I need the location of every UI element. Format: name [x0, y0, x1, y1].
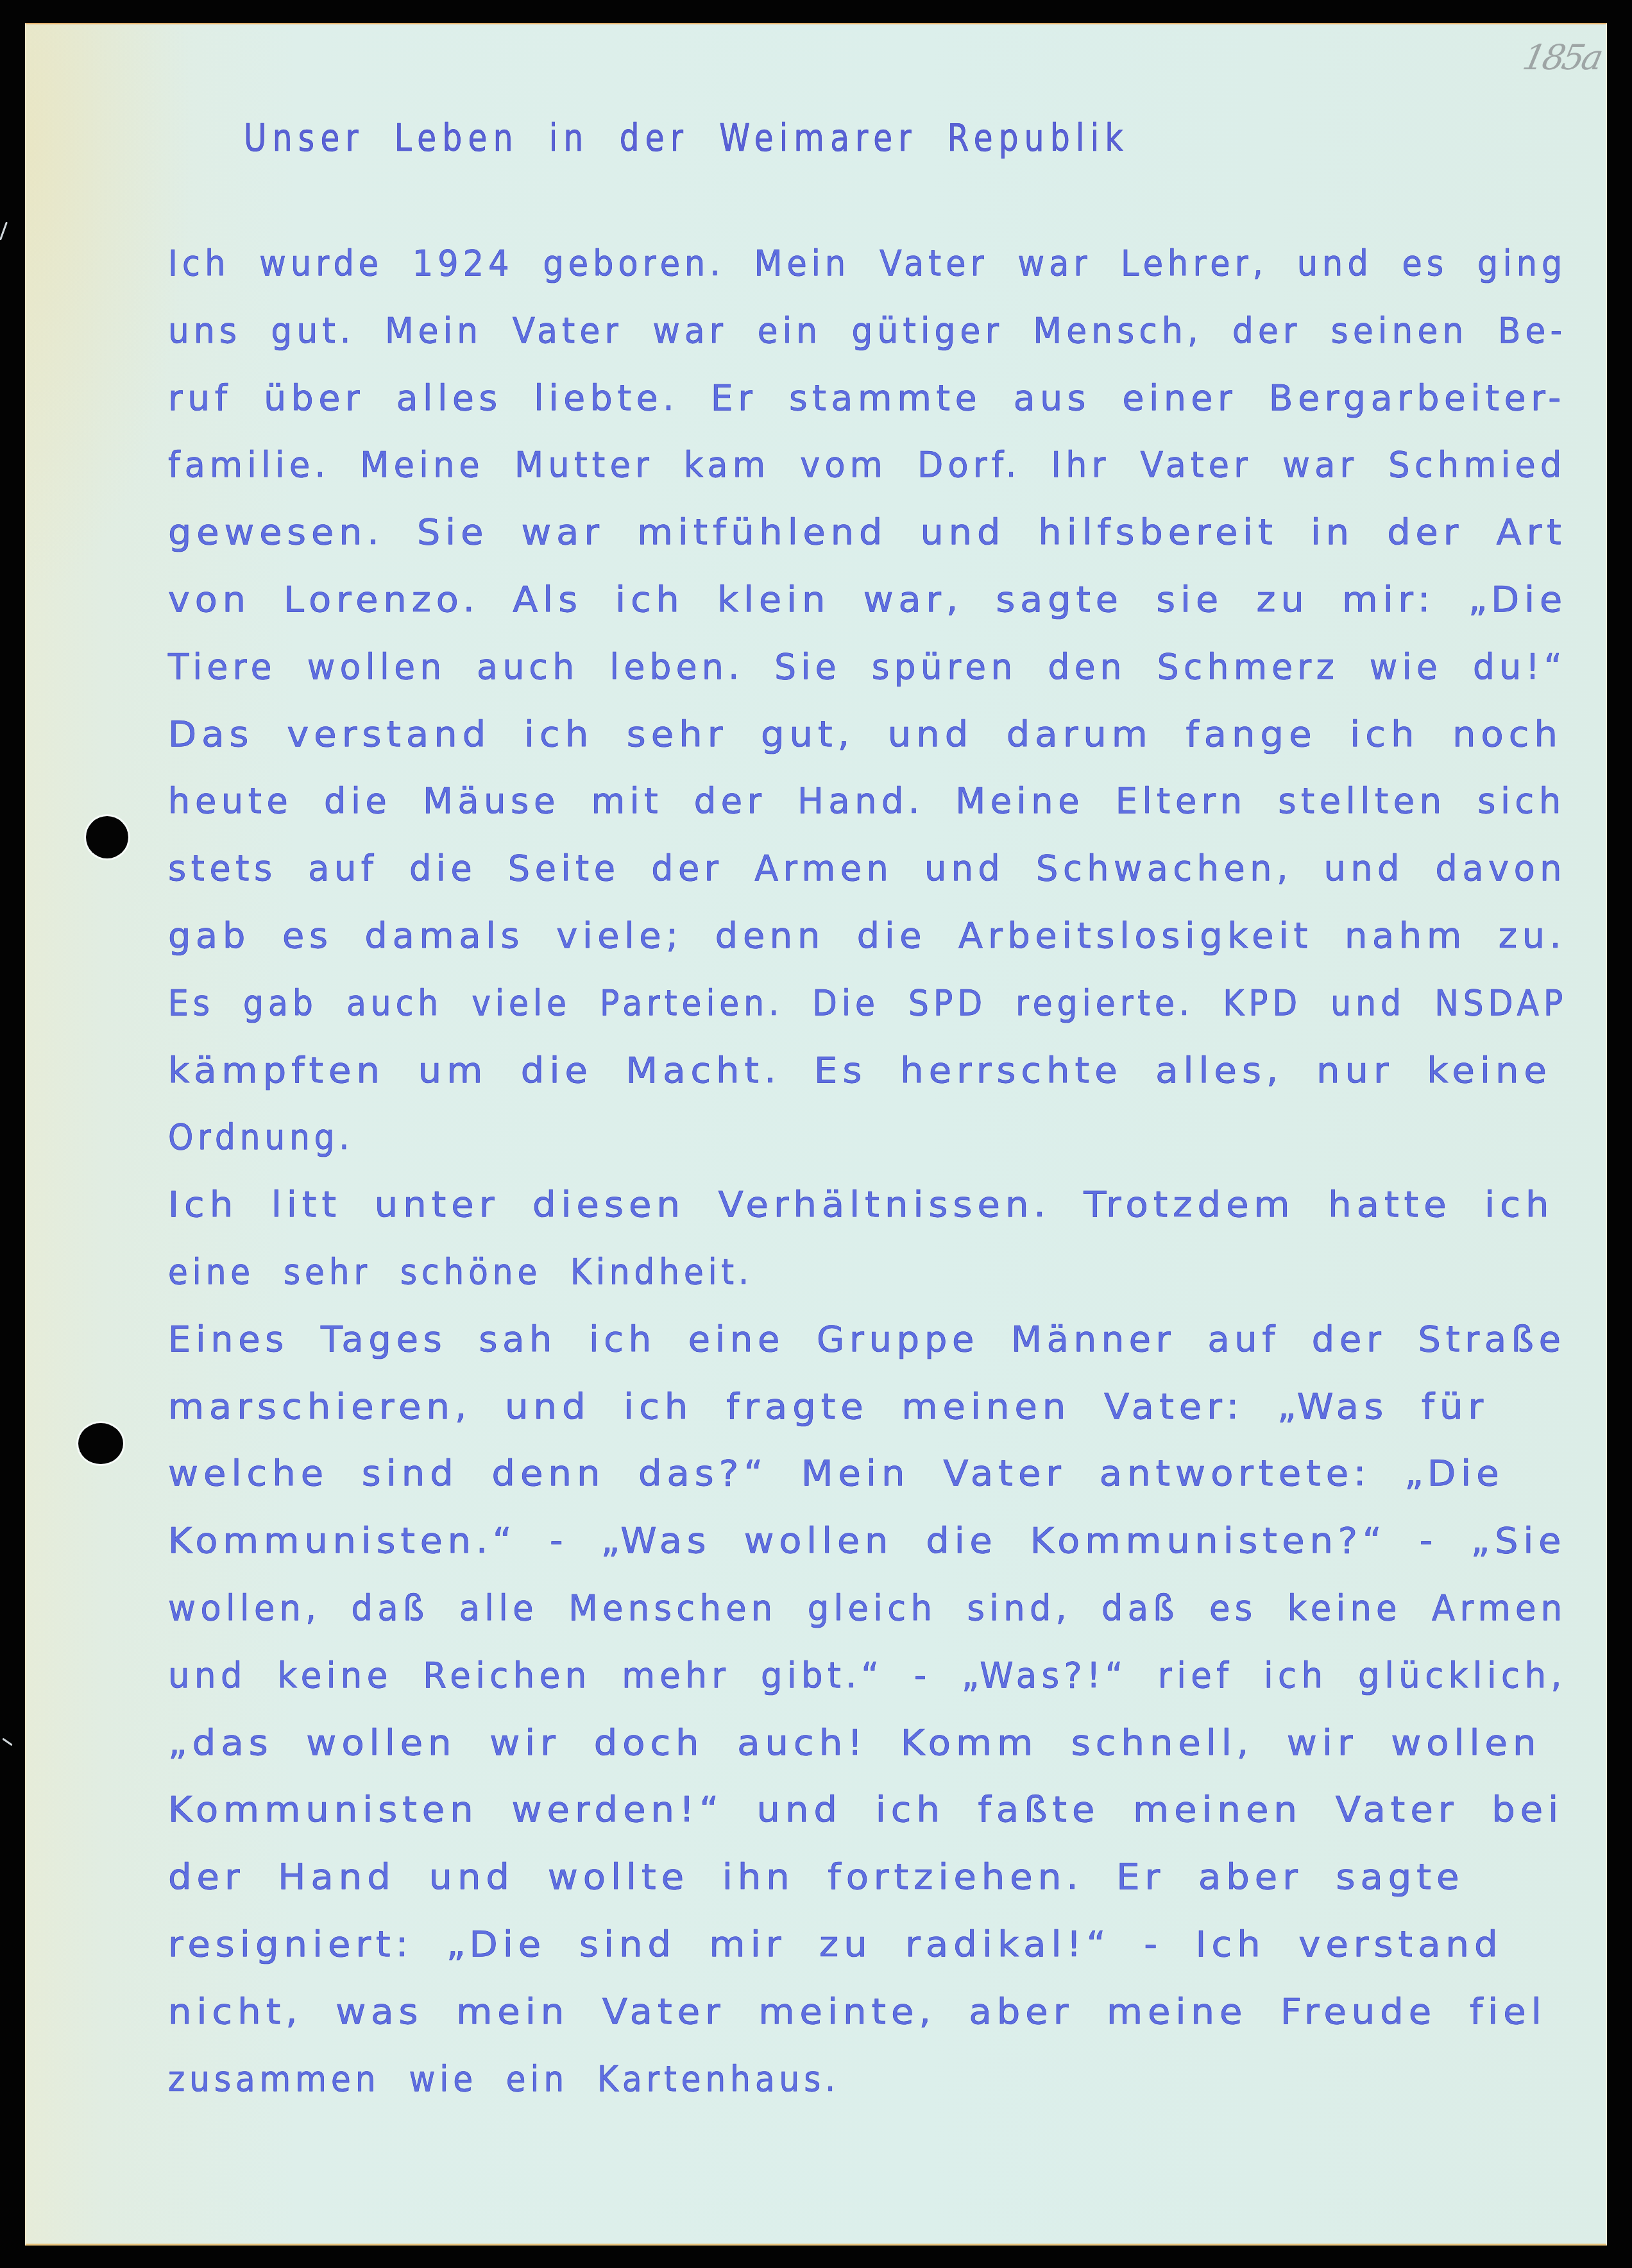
handwritten-line: Ich wurde 1924 geboren. Mein Vater war L… [168, 243, 1567, 284]
handwritten-line: familie. Meine Mutter kam vom Dorf. Ihr … [168, 444, 1567, 485]
handwritten-line: stets auf die Seite der Armen und Schwac… [168, 848, 1567, 889]
handwritten-line: gewesen. Sie war mitfühlend und hilfsber… [168, 511, 1567, 552]
handwritten-line: eine sehr schöne Kindheit. [168, 1251, 753, 1292]
handwritten-line: und keine Reichen mehr gibt.“ - „Was?!“ … [168, 1655, 1567, 1696]
handwritten-line: welche sind denn das?“ Mein Vater antwor… [168, 1453, 1504, 1494]
handwritten-line: der Hand und wollte ihn fortziehen. Er a… [168, 1856, 1464, 1897]
archive-page-number: 185a [1519, 37, 1604, 78]
document-title: Unser Leben in der Weimarer Republik [244, 117, 1129, 160]
handwritten-line: kämpften um die Macht. Es herrschte alle… [168, 1050, 1552, 1091]
handwritten-line: Eines Tages sah ich eine Gruppe Männer a… [168, 1318, 1566, 1360]
handwritten-line: Ordnung. [168, 1116, 353, 1157]
handwritten-line: ruf über alles liebte. Er stammte aus ei… [168, 377, 1566, 418]
handwritten-line: Es gab auch viele Parteien. Die SPD regi… [168, 982, 1567, 1023]
handwritten-line: wollen, daß alle Menschen gleich sind, d… [168, 1587, 1567, 1628]
punch-hole [86, 816, 128, 858]
punch-hole [78, 1423, 123, 1464]
handwritten-line: nicht, was mein Vater meinte, aber meine… [168, 1991, 1547, 2032]
handwritten-line: Tiere wollen auch leben. Sie spüren den … [168, 646, 1567, 687]
handwritten-line: Kommunisten werden!“ und ich faßte meine… [168, 1789, 1563, 1830]
handwritten-line: „das wollen wir doch auch! Komm schnell,… [168, 1722, 1542, 1763]
handwritten-line: uns gut. Mein Vater war ein gütiger Mens… [168, 310, 1567, 351]
handwritten-line: heute die Mäuse mit der Hand. Meine Elte… [168, 780, 1566, 821]
handwritten-line: von Lorenzo. Als ich klein war, sagte si… [168, 579, 1567, 620]
handwritten-line: Ich litt unter diesen Verhältnissen. Tro… [168, 1184, 1554, 1225]
handwritten-line: gab es damals viele; denn die Arbeitslos… [168, 915, 1566, 956]
handwritten-line: resigniert: „Die sind mir zu radikal!“ -… [168, 1923, 1502, 1965]
handwritten-line: Das verstand ich sehr gut, und darum fan… [168, 713, 1563, 755]
handwritten-line: Kommunisten.“ - „Was wollen die Kommunis… [168, 1520, 1566, 1561]
handwritten-line: marschieren, und ich fragte meinen Vater… [168, 1386, 1488, 1427]
handwritten-line: zusammen wie ein Kartenhaus. [168, 2058, 840, 2099]
